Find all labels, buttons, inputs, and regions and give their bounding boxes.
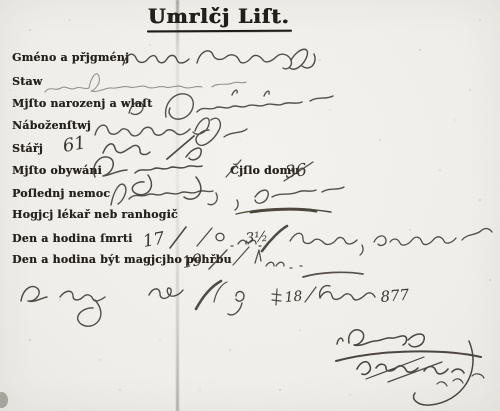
field-label-status: Staw xyxy=(12,75,42,88)
paper-fold-crease xyxy=(176,0,179,411)
ink-stroke xyxy=(303,272,363,277)
ink-stroke xyxy=(193,118,220,145)
handwriting-footer-date-line xyxy=(21,281,375,326)
ink-stroke xyxy=(197,228,212,246)
ink-stroke xyxy=(337,330,424,347)
ink-stroke xyxy=(228,292,244,315)
ink-stroke xyxy=(45,74,246,92)
handwriting-age-entry xyxy=(103,136,201,160)
title-underline xyxy=(147,30,292,33)
ink-stroke xyxy=(186,148,201,160)
ink-stroke xyxy=(235,200,238,210)
handwriting-birthplace-entry xyxy=(129,90,333,119)
field-label-physician: Hogjcj lékař neb ranhogič xyxy=(12,208,178,221)
ink-stroke xyxy=(216,233,224,241)
ink-stroke xyxy=(290,49,315,69)
ink-stroke xyxy=(184,177,201,199)
ink-stroke xyxy=(232,90,269,96)
ink-stroke xyxy=(262,226,287,251)
handwriting-religion-entry xyxy=(95,118,247,145)
ink-stroke xyxy=(129,191,217,205)
ink-stroke xyxy=(374,229,492,246)
handwriting-footer-year: 877 xyxy=(380,286,411,306)
field-label-age: Stářj xyxy=(12,142,43,155)
ink-stroke xyxy=(78,300,101,326)
field-label-last-illness: Poſlednj nemoc xyxy=(12,187,110,200)
handwriting-name-entry xyxy=(123,49,315,69)
ink-stroke xyxy=(236,209,331,214)
ink-stroke xyxy=(320,286,375,300)
handwriting-death-day: 17 xyxy=(141,228,166,251)
handwriting-funeral-date-entry xyxy=(209,247,363,277)
ink-stroke xyxy=(266,262,284,266)
ink-stroke xyxy=(224,129,247,137)
handwriting-age-number: 61 xyxy=(61,132,87,157)
ink-stroke xyxy=(231,240,261,246)
ink-stroke xyxy=(132,175,151,195)
ink-stroke xyxy=(251,209,316,212)
ink-stroke xyxy=(123,54,189,65)
ink-stroke xyxy=(149,288,183,298)
handwriting-footer-day: 18 xyxy=(284,288,303,305)
ink-stroke xyxy=(272,289,281,305)
ink-stroke xyxy=(336,351,481,361)
field-label-residence: Mjſto obywáni xyxy=(12,164,102,177)
handwriting-signature xyxy=(336,330,484,405)
field-label-death-date: Den a hodina ſmrti xyxy=(12,232,133,245)
ink-stroke xyxy=(21,286,47,301)
field-label-funeral-date: Den a hodina být magjcjho pohřbu xyxy=(12,253,232,266)
handwriting-status-entry xyxy=(45,74,246,92)
ink-stroke xyxy=(413,341,473,405)
ink-stroke xyxy=(60,291,105,301)
ink-stroke xyxy=(196,281,221,309)
ink-stroke xyxy=(170,227,186,248)
form-title: Umrlčj Liſt. xyxy=(138,4,300,28)
ink-stroke xyxy=(135,166,202,173)
ink-stroke xyxy=(95,125,190,136)
field-label-birthplace: Mjſto narozenj a wlaſt xyxy=(12,97,152,110)
field-label-name: Gméno a přjgménj xyxy=(12,51,129,64)
ink-stroke xyxy=(233,247,249,265)
death-certificate-scan: Umrlčj Liſt. Gméno a přjgménj Staw Mjſto… xyxy=(0,0,500,411)
ink-stroke xyxy=(255,187,344,203)
handwriting-illness-entry xyxy=(111,184,344,210)
ink-stroke xyxy=(290,266,302,268)
ink-stroke xyxy=(305,287,316,302)
ink-stroke xyxy=(255,250,261,263)
ink-stroke xyxy=(167,136,194,159)
ink-stroke xyxy=(197,96,333,112)
ink-stroke xyxy=(366,357,442,382)
ink-stroke xyxy=(214,282,227,302)
ink-stroke xyxy=(357,362,464,375)
field-label-house-number: Čjſlo domu xyxy=(230,164,299,177)
ink-stroke xyxy=(290,233,363,255)
handwriting-death-date-entry xyxy=(170,226,492,255)
field-label-religion: Náboženſtwj xyxy=(12,119,91,132)
ink-stroke xyxy=(197,51,291,69)
handwriting-death-hour: 3½ xyxy=(245,229,269,247)
handwriting-physician-dash xyxy=(236,209,331,214)
ink-stroke xyxy=(103,144,150,155)
ink-stroke xyxy=(111,184,126,205)
ink-stroke xyxy=(166,94,194,119)
ink-stroke xyxy=(437,374,484,386)
